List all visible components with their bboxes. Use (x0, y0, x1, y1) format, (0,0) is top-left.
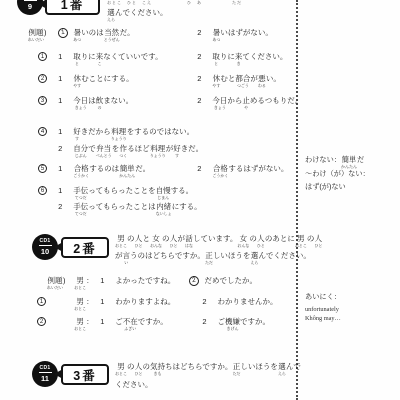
q2-example-row: 例題れいだい) 男おとこ： 1 よかったですね。 2 だめでしたか。 (47, 276, 257, 290)
cd-label: CD1 (40, 366, 51, 371)
option-1-number: 1 (58, 52, 71, 61)
item-number-circle: 3 (38, 96, 47, 105)
q2-row-2: 2 男おとこ： 1 ご不在ふざいですか。 2 ご機嫌きげんですか。 (37, 317, 270, 331)
q2-row-1: 1 男おとこ： 1 わかりますよね。 2 わかりませんか。 (37, 297, 277, 311)
option-1-number: 1 (58, 186, 71, 195)
option-2-number: 2 (197, 164, 210, 173)
option-1-text: よかったですね。 (115, 276, 187, 285)
q1-row-1: 1 1 取とりに来こなくていいです。 2 取とりに来きてください。 (38, 52, 287, 66)
option-1-text: 暑あついのは当然とうぜんだ。 (73, 28, 195, 42)
option-2-number: 2 (58, 202, 71, 211)
option-2-text: 合格ごうかくするはずがない。 (212, 164, 288, 178)
sidebar-note-ainiku-vietnamese: Không may… (305, 315, 341, 323)
q1-row-6-line-2: 2 手伝てつだってもらったことは内緒ないしょにする。 (38, 202, 202, 216)
option-1-number: 1 (58, 74, 71, 83)
q1-row-6-line-1: 6 1 手伝てつだってもらったことを自慢じまんする。 (38, 186, 193, 200)
sidebar-note-ainiku: あいにく： (305, 292, 341, 301)
q1-row-4-line-2: 2 自分じぶんで弁当べんとうを作つくるほど料理りょうりが好すきだ。 (38, 144, 203, 158)
option-1-text: 手伝てつだってもらったことを自慢じまんする。 (73, 186, 193, 200)
option-2-number: 2 (202, 317, 215, 326)
sidebar-note-wakenai-line-2: ～わけ（が）ない： (305, 169, 370, 178)
option-1-number: 1 (100, 297, 113, 306)
option-2-number: 2 (202, 297, 215, 306)
option-2-number: 2 (197, 74, 210, 83)
option-2-text: ご機嫌きげんですか。 (217, 317, 270, 331)
option-2-number: 2 (58, 144, 71, 153)
option-1-number: 1 (58, 164, 71, 173)
option-1-number: 1 (100, 317, 113, 326)
cd-track-number: 10 (41, 248, 49, 256)
option-1-number: 1 (100, 276, 113, 285)
column-divider-dotted (296, 0, 298, 400)
sidebar-note-ainiku-english: unfortunately (305, 306, 339, 314)
option-1-text: 合格ごうかくするのは簡単かんたんだ。 (73, 164, 195, 178)
option-2-text: 休やすむと都合つごうが悪わるい。 (212, 74, 281, 88)
item-number-circle: 2 (38, 74, 47, 83)
cd-track-number: 11 (41, 375, 49, 383)
speaker-label: 男おとこ： (74, 276, 98, 290)
question-1-badge: 1番 (45, 0, 100, 15)
item-number-circle: 2 (37, 317, 46, 326)
q1-row-5: 5 1 合格ごうかくするのは簡単かんたんだ。 2 合格ごうかくするはずがない。 (38, 164, 288, 178)
question-3-badge: 3番 (61, 364, 109, 385)
item-number-circle: 1 (38, 52, 47, 61)
option-1-text: 好すきだから料理りょうりをするのではない。 (73, 127, 194, 141)
speaker-label: 男おとこ： (74, 297, 98, 311)
item-number-circle: 4 (38, 127, 47, 136)
example-label: 例題れいだい) (47, 276, 72, 290)
sidebar-note-wakenai-line-1: わけない：簡単かんたんだ (305, 155, 364, 169)
answer-circle-option-2: 2 (189, 276, 200, 287)
option-2-text: 手伝てつだってもらったことは内緒ないしょにする。 (73, 202, 202, 216)
q1-instruction-line: 選えらんでください。 (107, 8, 168, 22)
cd-track-number: 9 (28, 3, 32, 11)
q3-instruction-line-2: ください。 (115, 380, 153, 389)
textbook-page: CD1 9 1番 おとこ ひと こえ ひ あ ただ 選えらんでください。 例題れ… (0, 0, 400, 400)
q1-example-row: 例題れいだい) 1 暑あついのは当然とうぜんだ。 2 暑あついはずがない。 (28, 28, 273, 42)
item-number-circle: 5 (38, 164, 47, 173)
q1-instruction-clipped-furigana: おとこ ひと こえ ひ あ ただ (107, 0, 242, 5)
option-1-text: 今日きょうは飲のまない。 (73, 96, 195, 110)
option-2-number: 2 (197, 96, 210, 105)
cd-label: CD1 (40, 239, 51, 244)
q1-row-4-line-1: 4 1 好すきだから料理りょうりをするのではない。 (38, 127, 194, 141)
sidebar-note-wakenai-line-3: はず(が)ない (305, 182, 346, 191)
option-2-text: わかりませんか。 (217, 297, 277, 306)
q1-row-3: 3 1 今日きょうは飲のまない。 2 今日きょうから止やめるつもりだ。 (38, 96, 302, 110)
option-2-text: だめでしたか。 (204, 276, 257, 285)
item-number-circle: 1 (37, 297, 46, 306)
option-2-text: 今日きょうから止やめるつもりだ。 (212, 96, 302, 110)
option-2-number: 2 (197, 28, 210, 37)
q1-row-2: 2 1 休やすむことにする。 2 休やすむと都合つごうが悪わるい。 (38, 74, 281, 88)
q2-instruction-line-1: 男おとこの人ひとと女おんなの人ひとが話はなしています。女おんなの人ひとのあとに男… (115, 234, 322, 248)
option-1-number: 1 (58, 96, 71, 105)
speaker-label: 男おとこ： (74, 317, 98, 331)
option-2-text: 取とりに来きてください。 (212, 52, 287, 66)
q2-instruction-line-2: が言いうのはどちらですか。正ただしいほうを選えらんでください。 (115, 251, 311, 265)
option-1-number: 1 (58, 127, 71, 136)
answer-circle-option-1: 1 (58, 28, 69, 39)
option-1-text: 取とりに来こなくていいです。 (73, 52, 195, 66)
option-2-text: 暑あついはずがない。 (212, 28, 273, 42)
example-label: 例題れいだい) (28, 28, 56, 42)
option-1-text: 休やすむことにする。 (73, 74, 195, 88)
option-2-text: 自分じぶんで弁当べんとうを作つくるほど料理りょうりが好すきだ。 (73, 144, 203, 158)
question-2-badge: 2番 (61, 237, 109, 258)
q3-instruction-line-1: 男おとこの人ひとの気持きもちはどちらですか。正ただしいほうを選えらんで (115, 362, 301, 376)
option-1-text: わかりますよね。 (115, 297, 200, 306)
option-2-number: 2 (197, 52, 210, 61)
item-number-circle: 6 (38, 186, 47, 195)
option-1-text: ご不在ふざいですか。 (115, 317, 200, 331)
